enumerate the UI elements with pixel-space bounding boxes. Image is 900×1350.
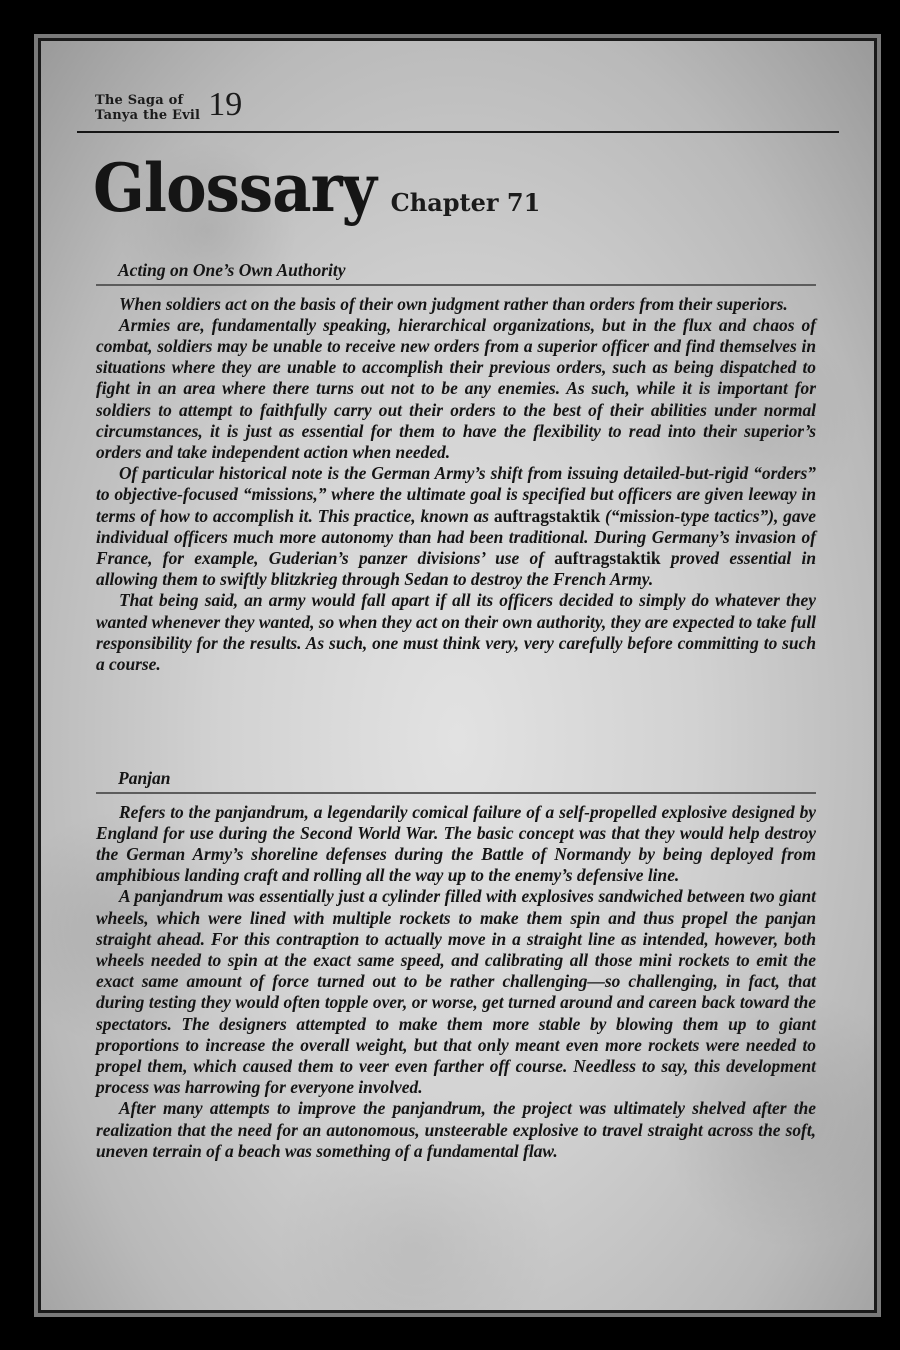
series-title: The Saga of Tanya the Evil (95, 93, 200, 123)
glossary-entry: Acting on One’s Own Authority When soldi… (96, 259, 816, 675)
glossary-entry: Panjan Refers to the panjandrum, a legen… (96, 767, 816, 1162)
chapter-label: Chapter 71 (391, 188, 541, 217)
running-header: The Saga of Tanya the Evil 19 (95, 89, 242, 123)
paragraph-text: A panjandrum was essentially just a cyli… (96, 886, 816, 1097)
foreign-term: auftragstaktik (554, 548, 660, 568)
entry-paragraph: That being said, an army would fall apar… (96, 590, 816, 675)
glossary-heading: Glossary (93, 149, 376, 227)
paragraph-text: Refers to the panjandrum, a legendarily … (96, 802, 816, 886)
paragraph-text: When soldiers act on the basis of their … (119, 294, 788, 314)
paragraph-text: That being said, an army would fall apar… (96, 590, 816, 674)
paragraph-text: Armies are, fundamentally speaking, hier… (96, 315, 816, 462)
entry-term: Acting on One’s Own Authority (96, 259, 816, 281)
book-page: The Saga of Tanya the Evil 19 Glossary C… (41, 41, 874, 1310)
entry-paragraph: Armies are, fundamentally speaking, hier… (96, 315, 816, 463)
volume-number: 19 (208, 89, 242, 121)
entry-paragraph: After many attempts to improve the panja… (96, 1098, 816, 1162)
foreign-term: auftragstaktik (494, 506, 600, 526)
entry-body: When soldiers act on the basis of their … (96, 294, 816, 676)
entry-paragraph: Of particular historical note is the Ger… (96, 463, 816, 590)
entry-paragraph: When soldiers act on the basis of their … (96, 294, 816, 315)
entry-rule (96, 792, 816, 794)
entry-term: Panjan (96, 767, 816, 789)
header-rule (77, 131, 839, 133)
entry-paragraph: A panjandrum was essentially just a cyli… (96, 886, 816, 1098)
series-title-line-1: The Saga of (95, 93, 200, 108)
entry-paragraph: Refers to the panjandrum, a legendarily … (96, 802, 816, 887)
page-title: Glossary Chapter 71 (93, 149, 540, 227)
entry-rule (96, 284, 816, 286)
series-title-line-2: Tanya the Evil (95, 108, 200, 123)
paragraph-text: After many attempts to improve the panja… (96, 1098, 816, 1160)
entry-body: Refers to the panjandrum, a legendarily … (96, 802, 816, 1162)
